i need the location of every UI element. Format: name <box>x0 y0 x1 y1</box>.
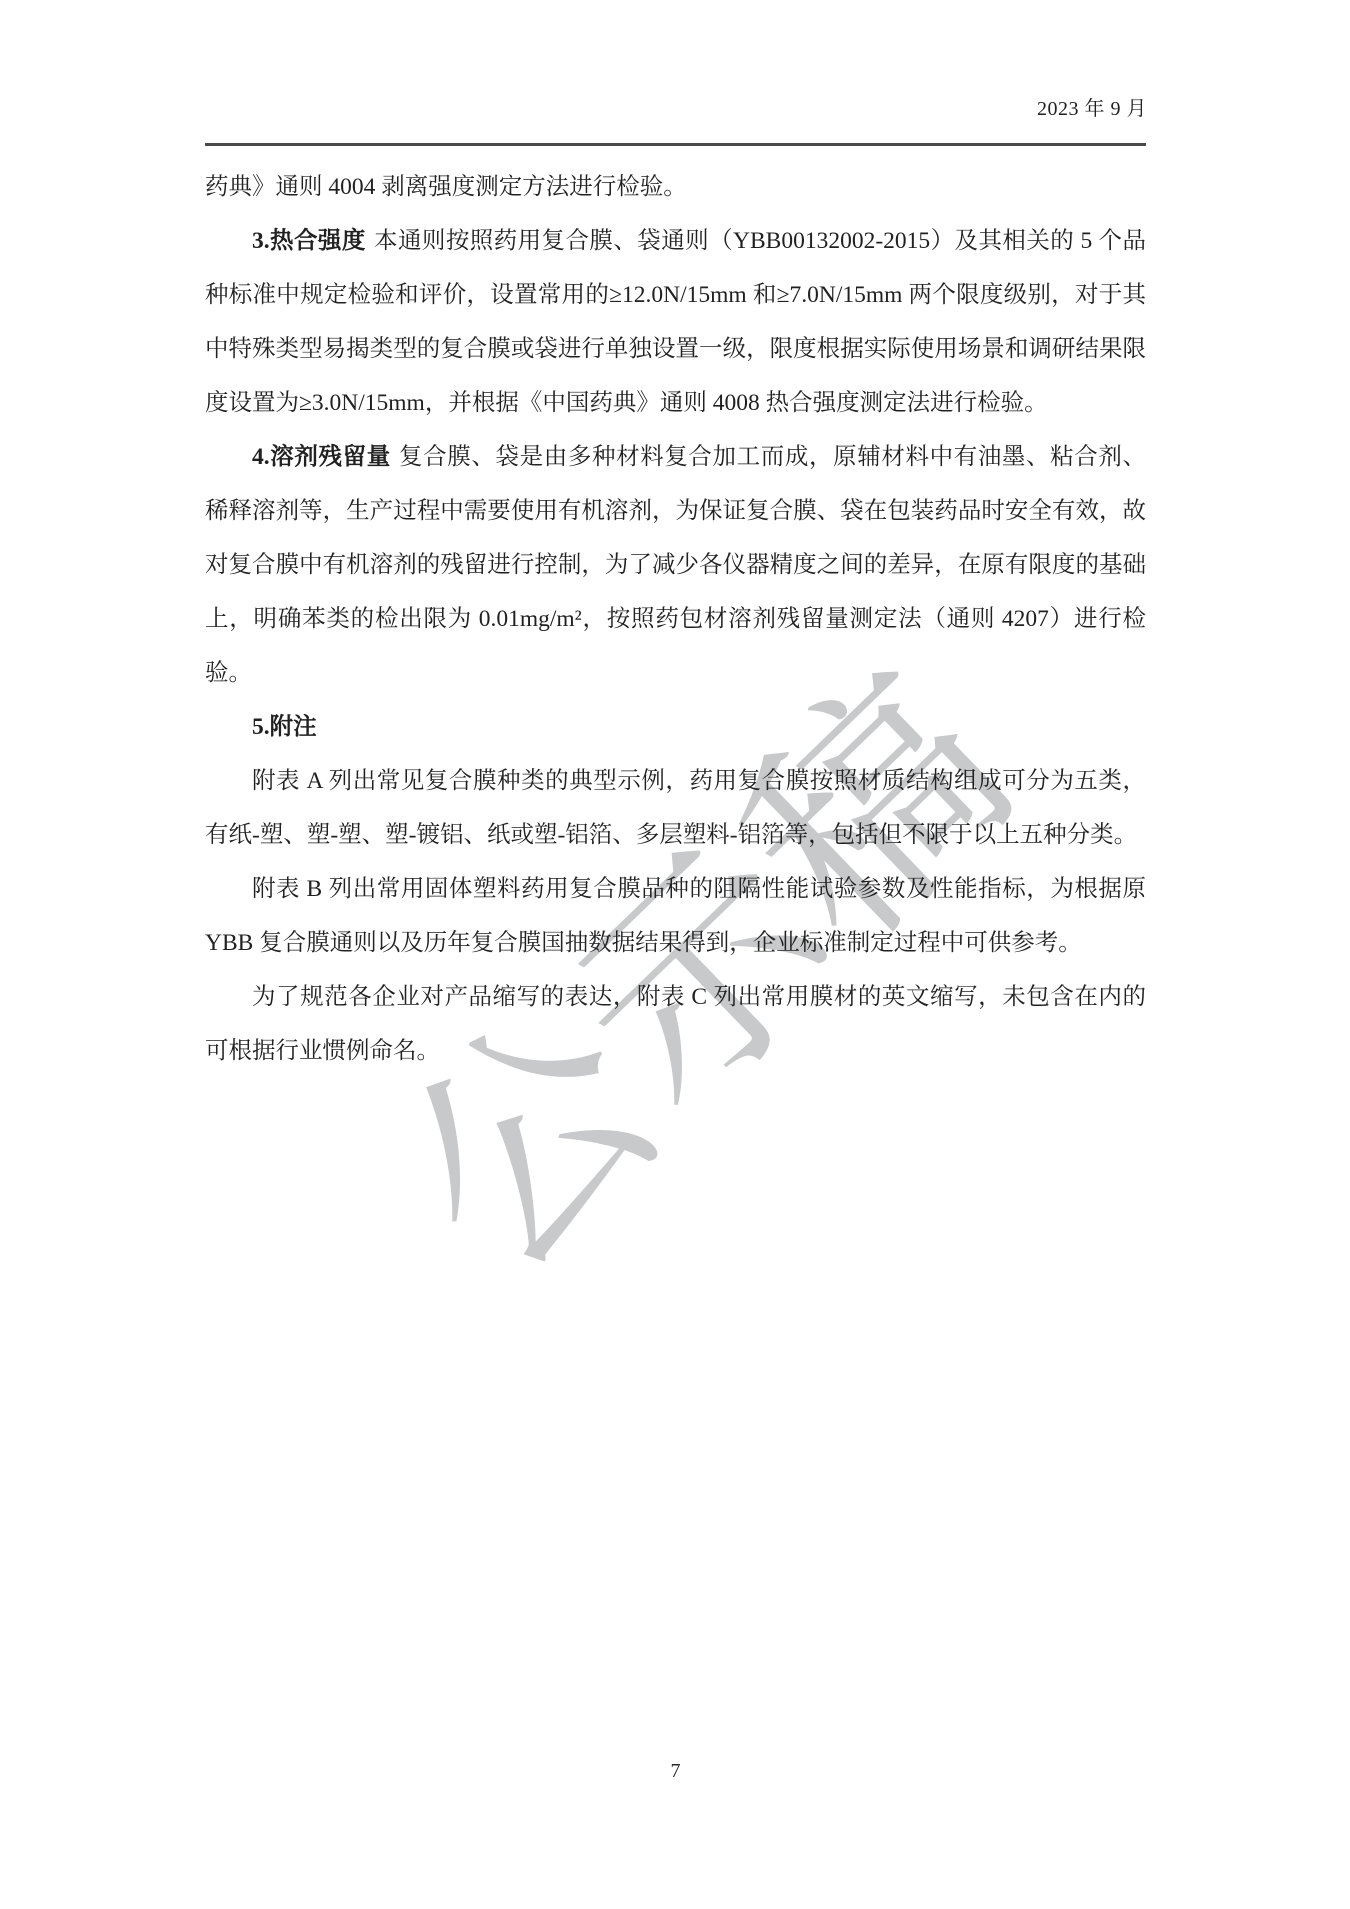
header-divider <box>205 143 1146 146</box>
section-heading: 4.溶剂残留量 <box>252 444 391 470</box>
paragraph-solvent-residue: 4.溶剂残留量复合膜、袋是由多种材料复合加工而成，原辅材料中有油墨、粘合剂、稀释… <box>205 430 1146 700</box>
document-body: 药典》通则 4004 剥离强度测定方法进行检验。 3.热合强度本通则按照药用复合… <box>205 160 1146 1078</box>
paragraph-text: 复合膜、袋是由多种材料复合加工而成，原辅材料中有油墨、粘合剂、稀释溶剂等，生产过… <box>205 444 1146 686</box>
paragraph-text: 本通则按照药用复合膜、袋通则（YBB00132002-2015）及其相关的 5 … <box>205 228 1146 416</box>
page-number: 7 <box>205 1760 1146 1783</box>
paragraph-continued: 药典》通则 4004 剥离强度测定方法进行检验。 <box>205 160 1146 214</box>
paragraph-table-b: 附表 B 列出常用固体塑料药用复合膜品种的阻隔性能试验参数及性能指标，为根据原 … <box>205 862 1146 970</box>
paragraph-text: 附表 B 列出常用固体塑料药用复合膜品种的阻隔性能试验参数及性能指标，为根据原 … <box>205 876 1146 956</box>
section-heading: 5.附注 <box>252 714 317 740</box>
section-heading: 3.热合强度 <box>252 228 366 254</box>
paragraph-table-a: 附表 A 列出常见复合膜种类的典型示例，药用复合膜按照材质结构组成可分为五类，有… <box>205 754 1146 862</box>
paragraph-table-c: 为了规范各企业对产品缩写的表达，附表 C 列出常用膜材的英文缩写，未包含在内的可… <box>205 970 1146 1078</box>
document-page: 2023 年 9 月 公示稿 药典》通则 4004 剥离强度测定方法进行检验。 … <box>0 0 1350 1909</box>
paragraph-text: 药典》通则 4004 剥离强度测定方法进行检验。 <box>205 174 687 200</box>
paragraph-text: 附表 A 列出常见复合膜种类的典型示例，药用复合膜按照材质结构组成可分为五类，有… <box>205 768 1146 848</box>
paragraph-notes-heading: 5.附注 <box>205 700 1146 754</box>
header-date: 2023 年 9 月 <box>1037 92 1147 121</box>
paragraph-text: 为了规范各企业对产品缩写的表达，附表 C 列出常用膜材的英文缩写，未包含在内的可… <box>205 984 1146 1064</box>
paragraph-heat-seal-strength: 3.热合强度本通则按照药用复合膜、袋通则（YBB00132002-2015）及其… <box>205 214 1146 430</box>
